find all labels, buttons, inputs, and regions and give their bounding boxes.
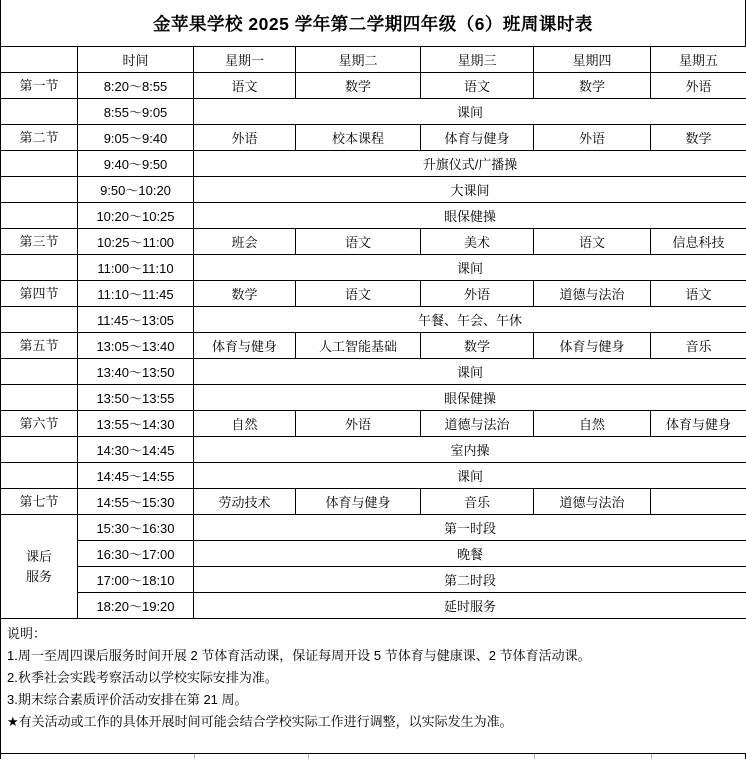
subject-cell: 体育与健身 [421,125,534,151]
subject-cell [651,489,746,515]
next-table-partial-row [0,754,746,759]
time-cell: 15:30～16:30 [78,515,194,541]
period-cell: 第二节 [1,125,78,151]
subject-cell: 外语 [296,411,421,437]
partial-column-divider [194,754,195,759]
subject-cell: 体育与健身 [296,489,421,515]
table-row: 14:30～14:45室内操 [1,437,746,463]
time-header: 时间 [78,47,194,73]
table-row: 11:00～11:10课间 [1,255,746,281]
subject-cell: 语文 [534,229,651,255]
period-cell [1,463,78,489]
notes-row: 说明：1.周一至周四课后服务时间开展 2 节体育活动课，保证每周开设 5 节体育… [1,619,746,754]
table-row: 第三节10:25～11:00班会语文美术语文信息科技 [1,229,746,255]
period-cell: 第一节 [1,73,78,99]
subject-cell: 自然 [194,411,296,437]
period-cell: 第四节 [1,281,78,307]
subject-cell: 数学 [651,125,746,151]
period-cell: 第五节 [1,333,78,359]
period-cell [1,203,78,229]
period-cell [1,151,78,177]
table-row: 17:00～18:10第二时段 [1,567,746,593]
table-row: 14:45～14:55课间 [1,463,746,489]
table-row: 课后 服务15:30～16:30第一时段 [1,515,746,541]
subject-cell: 信息科技 [651,229,746,255]
header-row: 时间星期一星期二星期三星期四星期五 [1,47,746,73]
page-title: 金苹果学校 2025 学年第二学期四年级（6）班周课时表 [153,11,593,36]
period-cell [1,255,78,281]
time-cell: 16:30～17:00 [78,541,194,567]
schedule-sheet: 金苹果学校 2025 学年第二学期四年级（6）班周课时表 时间星期一星期二星期三… [0,0,746,783]
time-cell: 9:50～10:20 [78,177,194,203]
subject-cell: 语文 [296,229,421,255]
subject-cell: 体育与健身 [194,333,296,359]
merged-activity-cell: 午餐、午会、午休 [194,307,746,333]
table-row: 18:20～19:20延时服务 [1,593,746,619]
notes-item: ★有关活动或工作的具体开展时间可能会结合学校实际工作进行调整，以实际发生为准。 [7,711,740,733]
day-header: 星期五 [651,47,746,73]
subject-cell: 劳动技术 [194,489,296,515]
time-cell: 11:00～11:10 [78,255,194,281]
subject-cell: 语文 [296,281,421,307]
subject-cell: 语文 [651,281,746,307]
partial-column-divider [534,754,535,759]
subject-cell: 体育与健身 [534,333,651,359]
subject-cell: 自然 [534,411,651,437]
merged-activity-cell: 课间 [194,255,746,281]
table-row: 13:50～13:55眼保健操 [1,385,746,411]
table-row: 9:40～9:50升旗仪式/广播操 [1,151,746,177]
subject-cell: 外语 [651,73,746,99]
table-row: 第六节13:55～14:30自然外语道德与法治自然体育与健身 [1,411,746,437]
time-cell: 10:20～10:25 [78,203,194,229]
merged-activity-cell: 课间 [194,99,746,125]
period-cell: 第六节 [1,411,78,437]
day-header: 星期三 [421,47,534,73]
time-cell: 8:20～8:55 [78,73,194,99]
corner-header [1,47,78,73]
period-cell [1,177,78,203]
notes-item: 2.秋季社会实践考察活动以学校实际安排为准。 [7,667,740,689]
subject-cell: 语文 [194,73,296,99]
period-cell [1,437,78,463]
notes-label: 说明： [7,623,740,645]
subject-cell: 数学 [194,281,296,307]
table-row: 8:55～9:05课间 [1,99,746,125]
subject-cell: 体育与健身 [651,411,746,437]
merged-activity-cell: 课间 [194,463,746,489]
subject-cell: 数学 [421,333,534,359]
time-cell: 13:05～13:40 [78,333,194,359]
subject-cell: 班会 [194,229,296,255]
merged-activity-cell: 升旗仪式/广播操 [194,151,746,177]
subject-cell: 音乐 [421,489,534,515]
period-cell: 第七节 [1,489,78,515]
subject-cell: 校本课程 [296,125,421,151]
merged-activity-cell: 室内操 [194,437,746,463]
time-cell: 13:50～13:55 [78,385,194,411]
time-cell: 9:05～9:40 [78,125,194,151]
subject-cell: 美术 [421,229,534,255]
day-header: 星期二 [296,47,421,73]
table-row: 16:30～17:00晚餐 [1,541,746,567]
table-row: 第五节13:05～13:40体育与健身人工智能基础数学体育与健身音乐 [1,333,746,359]
schedule-body: 时间星期一星期二星期三星期四星期五第一节8:20～8:55语文数学语文数学外语8… [1,47,746,754]
day-header: 星期一 [194,47,296,73]
merged-activity-cell: 延时服务 [194,593,746,619]
time-cell: 14:45～14:55 [78,463,194,489]
period-cell [1,307,78,333]
time-cell: 13:40～13:50 [78,359,194,385]
table-row: 13:40～13:50课间 [1,359,746,385]
subject-cell: 数学 [534,73,651,99]
subject-cell: 外语 [194,125,296,151]
title-bar: 金苹果学校 2025 学年第二学期四年级（6）班周课时表 [0,0,746,46]
time-cell: 13:55～14:30 [78,411,194,437]
subject-cell: 外语 [534,125,651,151]
table-row: 第七节14:55～15:30劳动技术体育与健身音乐道德与法治 [1,489,746,515]
period-cell: 课后 服务 [1,515,78,619]
subject-cell: 语文 [421,73,534,99]
merged-activity-cell: 大课间 [194,177,746,203]
time-cell: 11:10～11:45 [78,281,194,307]
subject-cell: 音乐 [651,333,746,359]
day-header: 星期四 [534,47,651,73]
time-cell: 8:55～9:05 [78,99,194,125]
time-cell: 9:40～9:50 [78,151,194,177]
table-row: 11:45～13:05午餐、午会、午休 [1,307,746,333]
table-row: 9:50～10:20大课间 [1,177,746,203]
subject-cell: 道德与法治 [421,411,534,437]
merged-activity-cell: 第二时段 [194,567,746,593]
subject-cell: 外语 [421,281,534,307]
notes-item: 3.期末综合素质评价活动安排在第 21 周。 [7,689,740,711]
subject-cell: 人工智能基础 [296,333,421,359]
merged-activity-cell: 课间 [194,359,746,385]
table-row: 第二节9:05～9:40外语校本课程体育与健身外语数学 [1,125,746,151]
period-cell [1,359,78,385]
weekly-schedule-table: 时间星期一星期二星期三星期四星期五第一节8:20～8:55语文数学语文数学外语8… [0,46,746,754]
time-cell: 11:45～13:05 [78,307,194,333]
table-row: 第一节8:20～8:55语文数学语文数学外语 [1,73,746,99]
table-row: 10:20～10:25眼保健操 [1,203,746,229]
merged-activity-cell: 眼保健操 [194,203,746,229]
time-cell: 14:55～15:30 [78,489,194,515]
time-cell: 14:30～14:45 [78,437,194,463]
time-cell: 18:20～19:20 [78,593,194,619]
merged-activity-cell: 第一时段 [194,515,746,541]
table-row: 第四节11:10～11:45数学语文外语道德与法治语文 [1,281,746,307]
merged-activity-cell: 晚餐 [194,541,746,567]
notes-item: 1.周一至周四课后服务时间开展 2 节体育活动课，保证每周开设 5 节体育与健康… [7,645,740,667]
subject-cell: 道德与法治 [534,489,651,515]
subject-cell: 数学 [296,73,421,99]
period-cell [1,385,78,411]
partial-column-divider [651,754,652,759]
period-cell: 第三节 [1,229,78,255]
notes-cell: 说明：1.周一至周四课后服务时间开展 2 节体育活动课，保证每周开设 5 节体育… [1,619,746,754]
time-cell: 10:25～11:00 [78,229,194,255]
time-cell: 17:00～18:10 [78,567,194,593]
merged-activity-cell: 眼保健操 [194,385,746,411]
partial-column-divider [308,754,309,759]
period-cell [1,99,78,125]
subject-cell: 道德与法治 [534,281,651,307]
